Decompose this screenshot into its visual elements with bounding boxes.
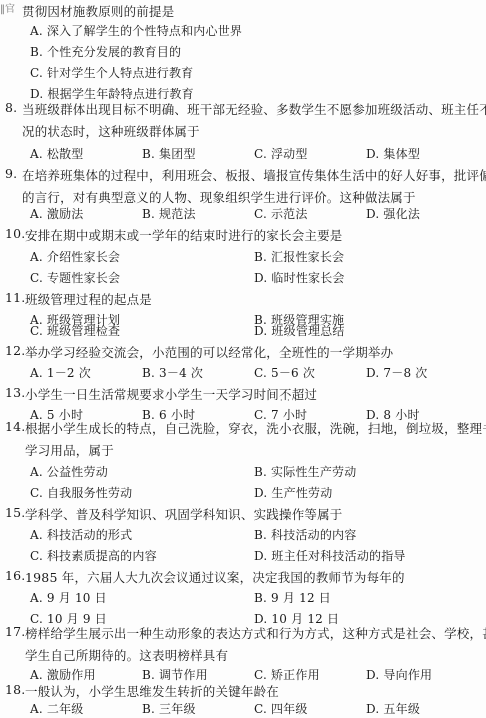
- question-12-option-a: A. 1－2 次: [30, 364, 91, 381]
- question-9-stem-line-2: 的言行，对有典型意义的人物、现象组织学生进行评价。这种做法属于: [22, 188, 416, 206]
- question-8-stem-line-2: 况的状态时，这种班级群体属于: [22, 122, 200, 140]
- question-15-option-d: D. 班主任对科技活动的指导: [254, 547, 406, 564]
- question-17-option-d: D. 导向作用: [366, 666, 432, 683]
- question-10-option-c: C. 专题性家长会: [30, 269, 120, 286]
- question-9-option-c: C. 示范法: [254, 205, 308, 222]
- question-8-option-c: C. 浮动型: [254, 145, 308, 162]
- question-17-number: 17.: [5, 624, 25, 639]
- question-8-option-d: D. 集体型: [366, 145, 420, 162]
- question-15-number: 15.: [5, 505, 25, 520]
- scan-artifact-header: ‖官: [0, 0, 15, 15]
- question-17-option-c: C. 矫正作用: [254, 666, 320, 683]
- question-13-stem-text: 小学生一日生活常规要求小学生一天学习时间: [25, 387, 279, 402]
- question-13-number: 13.: [5, 385, 25, 400]
- question-8-number: 8.: [5, 100, 17, 115]
- question-7-option-a: A. 深入了解学生的个性特点和内心世界: [30, 22, 242, 39]
- question-16-number: 16.: [5, 568, 25, 583]
- question-11-number: 11.: [5, 290, 25, 305]
- question-10-option-a: A. 介绍性家长会: [30, 248, 120, 265]
- question-9-number: 9.: [5, 166, 17, 181]
- question-12-stem: 举办学习经验交流会，小范围的可以经常化，全班性的一学期举办: [25, 343, 393, 361]
- question-17-stem-line-2: 学生自己所期待的。这表明榜样具有: [25, 646, 228, 664]
- question-9-stem-line-1: 在培养班集体的过程中，利用班会、板报、墙报宣传集体生活中的好人好事，批评偏离规范: [22, 166, 486, 184]
- question-18-option-d: D. 五年级: [366, 700, 420, 717]
- question-9-option-d: D. 强化法: [366, 205, 420, 222]
- question-15-stem: 学科学、普及科学知识、巩固学科知识、实践操作等属于: [25, 505, 343, 523]
- question-13-stem-emphasis: 不超过: [279, 387, 317, 402]
- question-16-stem: 1985 年，六届人大九次会议通过议案，决定我国的教师节为每年的: [25, 568, 405, 586]
- question-13-stem: 小学生一日生活常规要求小学生一天学习时间不超过: [25, 385, 317, 403]
- question-15-option-b: B. 科技活动的内容: [254, 526, 356, 543]
- question-14-number: 14.: [5, 419, 25, 434]
- question-9-option-a: A. 激励法: [30, 205, 84, 222]
- question-16-option-b: B. 9 月 12 日: [254, 589, 331, 606]
- question-10-option-b: B. 汇报性家长会: [254, 248, 344, 265]
- question-12-option-b: B. 3－4 次: [142, 364, 203, 381]
- question-14-stem-line-1: 根据小学生成长的特点，自己洗脸，穿衣，洗小衣服，洗碗，扫地，倒垃圾，整理书包、书…: [25, 419, 486, 437]
- question-15-option-a: A. 科技活动的形式: [30, 526, 132, 543]
- question-8-stem-line-1: 当班级群体出现目标不明确、班干部无经验、多数学生不愿参加班级活动、班主任不熟悉情: [22, 100, 486, 118]
- exam-page: ‖官 贯彻因材施教原则的前提是 A. 深入了解学生的个性特点和内心世界 B. 个…: [0, 0, 486, 718]
- question-14-option-b: B. 实际性生产劳动: [254, 463, 356, 480]
- question-17-option-a: A. 激励作用: [30, 666, 96, 683]
- question-12-number: 12.: [5, 343, 25, 358]
- question-7-stem: 贯彻因材施教原则的前提是: [22, 2, 174, 20]
- question-10-option-d: D. 临时性家长会: [254, 269, 345, 286]
- question-14-option-c: C. 自我服务性劳动: [30, 484, 132, 501]
- question-11-option-c: C. 班级管理检查: [30, 322, 120, 339]
- question-8-option-b: B. 集团型: [142, 145, 196, 162]
- question-18-number: 18.: [5, 682, 25, 697]
- question-17-option-b: B. 调节作用: [142, 666, 208, 683]
- question-8-option-a: A. 松散型: [30, 145, 84, 162]
- question-14-option-a: A. 公益性劳动: [30, 463, 108, 480]
- question-18-stem: 一般认为，小学生思维发生转折的关键年龄在: [25, 682, 279, 700]
- question-12-option-d: D. 7－8 次: [366, 364, 428, 381]
- question-14-option-d: D. 生产性劳动: [254, 484, 332, 501]
- question-12-option-c: C. 5－6 次: [254, 364, 315, 381]
- question-18-option-b: B. 三年级: [142, 700, 196, 717]
- question-17-stem-line-1: 榜样给学生展示出一种生动形象的表达方式和行为方式，这种方式是社会、学校，甚至是: [25, 624, 486, 642]
- question-14-stem-line-2: 学习用品，属于: [25, 441, 114, 459]
- question-16-option-a: A. 9 月 10 日: [30, 589, 107, 606]
- question-11-option-d: D. 班级管理总结: [254, 322, 345, 339]
- question-11-stem: 班级管理过程的起点是: [25, 290, 152, 308]
- question-10-number: 10.: [5, 226, 25, 241]
- question-18-option-a: A. 二年级: [30, 700, 84, 717]
- question-7-option-c: C. 针对学生个人特点进行教育: [30, 64, 193, 81]
- question-18-option-c: C. 四年级: [254, 700, 308, 717]
- question-15-option-c: C. 科技素质提高的内容: [30, 547, 157, 564]
- question-9-option-b: B. 规范法: [142, 205, 196, 222]
- question-7-option-b: B. 个性充分发展的教育目的: [30, 43, 181, 60]
- question-10-stem: 安排在期中或期末或一学年的结束时进行的家长会主要是: [25, 226, 343, 244]
